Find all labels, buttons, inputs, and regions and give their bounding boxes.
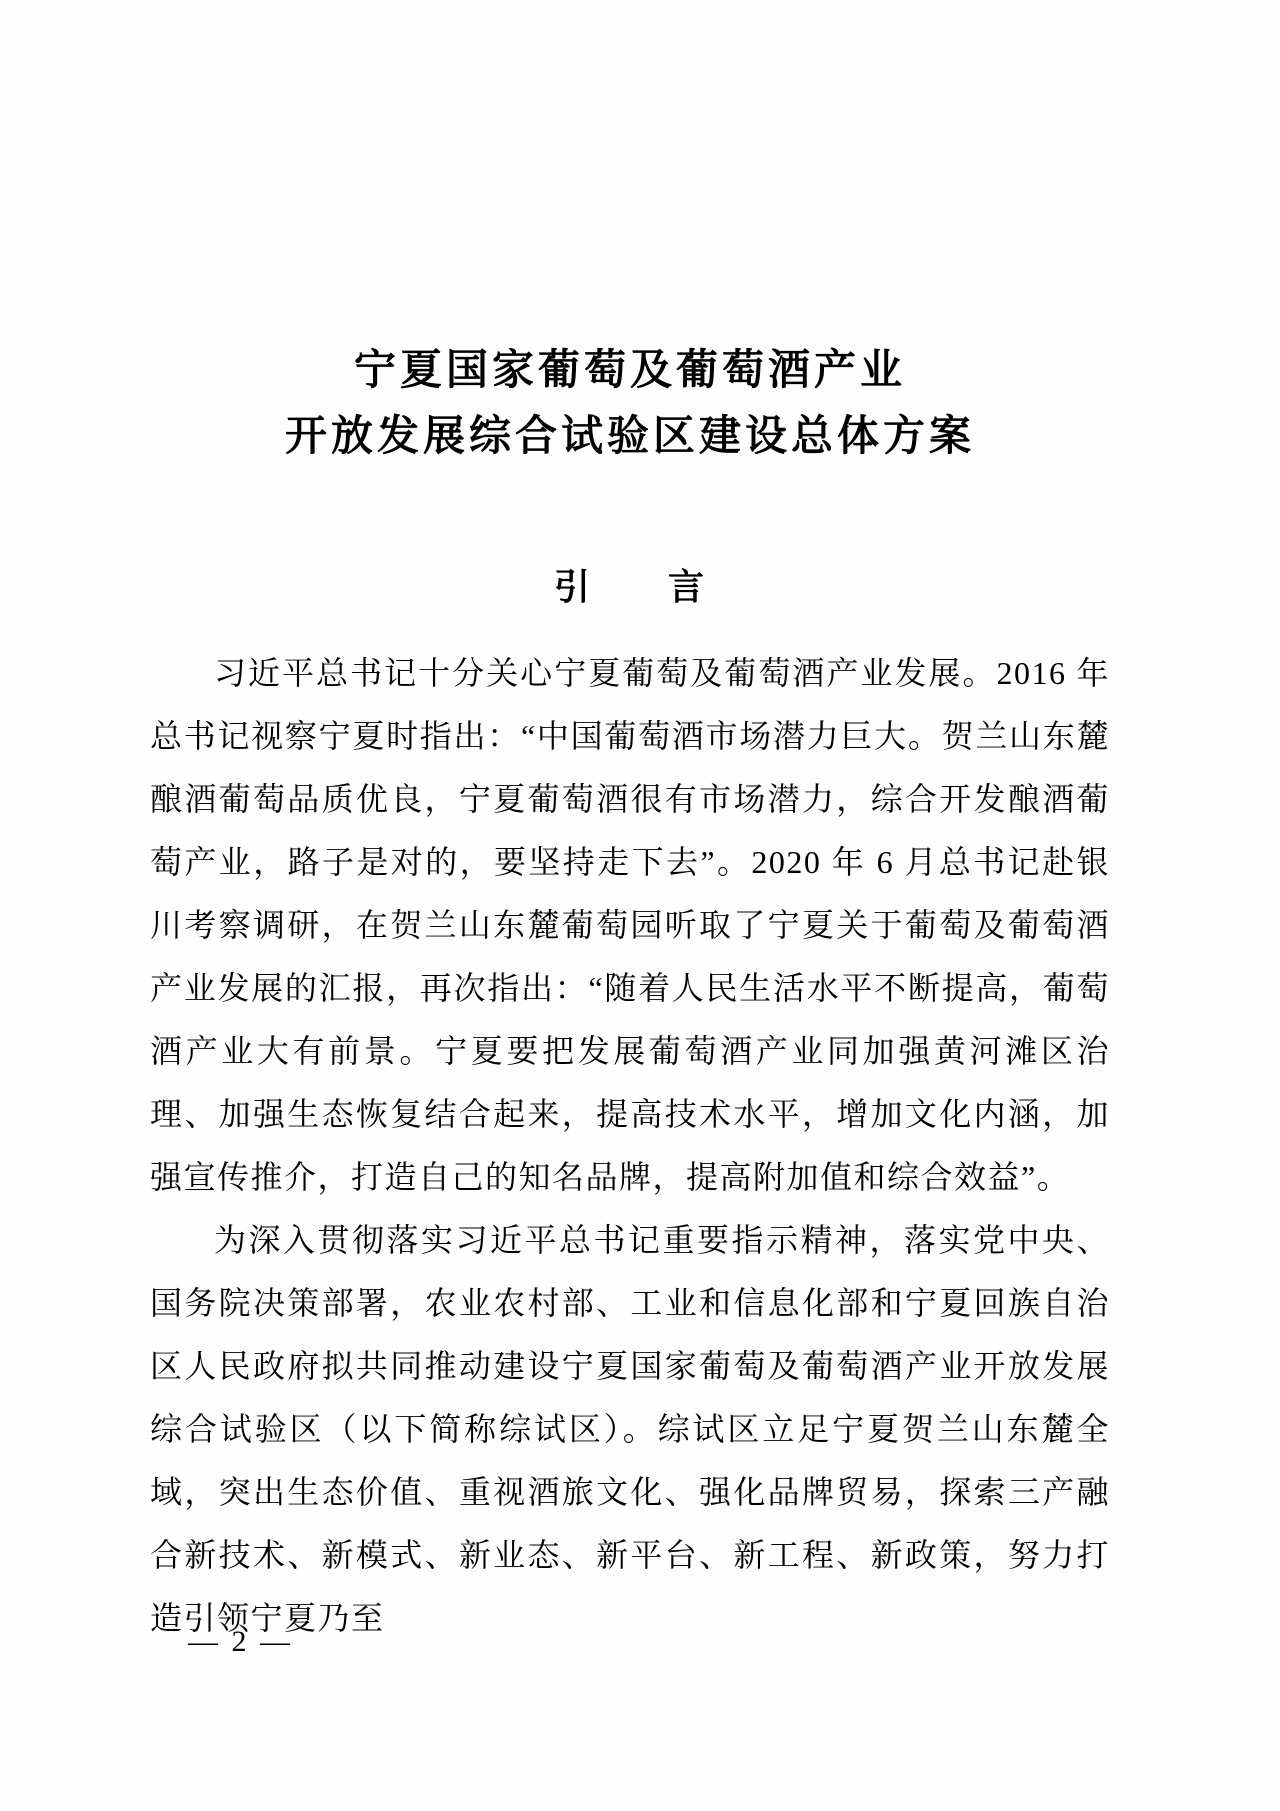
body-paragraph-1: 习近平总书记十分关心宁夏葡萄及葡萄酒产业发展。2016 年总书记视察宁夏时指出：… [150, 642, 1110, 1209]
document-title: 宁夏国家葡萄及葡萄酒产业 开放发展综合试验区建设总体方案 [150, 338, 1110, 470]
document-title-line-2: 开放发展综合试验区建设总体方案 [150, 404, 1110, 470]
page-number: — 2 — [188, 1622, 293, 1662]
body-paragraph-2: 为深入贯彻落实习近平总书记重要指示精神，落实党中央、国务院决策部署，农业农村部、… [150, 1209, 1110, 1650]
document-page: 宁夏国家葡萄及葡萄酒产业 开放发展综合试验区建设总体方案 引 言 习近平总书记十… [0, 0, 1280, 1811]
document-body: 习近平总书记十分关心宁夏葡萄及葡萄酒产业发展。2016 年总书记视察宁夏时指出：… [150, 642, 1110, 1650]
section-heading-introduction: 引 言 [150, 566, 1110, 610]
document-title-line-1: 宁夏国家葡萄及葡萄酒产业 [150, 338, 1110, 404]
